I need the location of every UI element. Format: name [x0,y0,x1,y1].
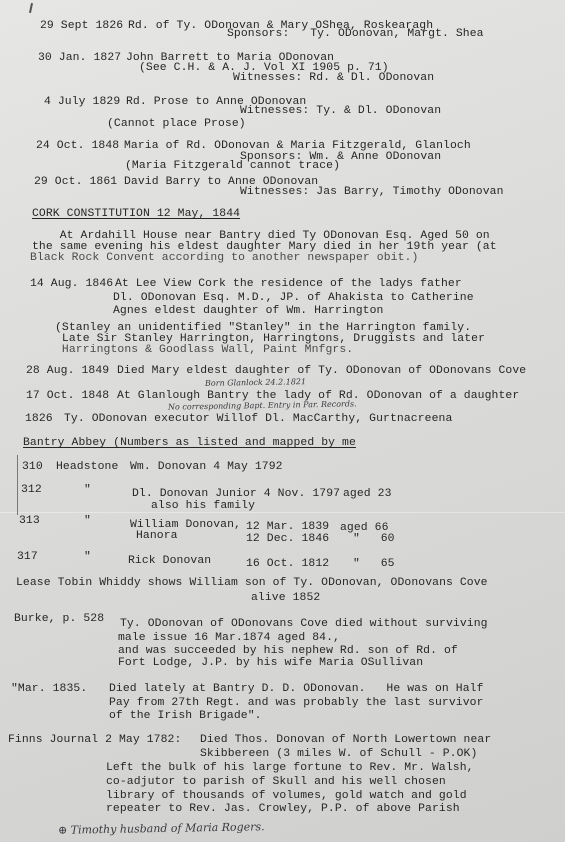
burke-line: male issue 16 Mar.1874 aged 84., [118,632,340,644]
grave-extra: also his family [151,500,255,512]
grave-name: Hanora [136,530,178,542]
entry-date: 4 July 1829 [44,96,120,108]
grave-name: Wm. Donovan 4 May 1792 [130,461,283,473]
stanley-note: Harringtons & Goodlass Wall, Paint Mnfgr… [55,344,353,356]
entry-date: 17 Oct. 1848 [26,390,109,402]
entry-date: 14 Aug. 1846 [30,278,113,290]
grave-aged: " 65 [353,558,395,570]
entry-date: 29 Sept 1826 [40,20,123,32]
finns-label: Finns Journal 2 May 1782: [8,734,181,746]
burke-line: Ty. ODonovan of ODonovans Cove died with… [120,618,488,630]
entry-sub: Witnesses: Jas Barry, Timothy ODonovan [240,186,504,198]
burke-line: and was succeeded by his nephew Rd. son … [118,645,458,657]
finns-line: Skibbereen (3 miles W. of Schull - P.OK) [200,748,477,760]
mar1835-line: Pay from 27th Regt. and was probably the… [109,697,484,709]
typed-document-page: 29 Sept 1826 Rd. of Ty. ODonovan & Mary … [0,0,565,842]
grave-name: Rick Donovan [128,555,211,567]
grave-aged: aged 23 [343,488,392,500]
entry-sub: Witnesses: Ty. & Dl. ODonovan [240,105,441,117]
grave-number: 317 [17,551,38,563]
entry-note: (Maria Fitzgerald cannot trace) [125,160,340,172]
lease-sub: alive 1852 [251,592,320,604]
entry-date: 28 Aug. 1849 [26,365,109,377]
grave-number: 313 [19,515,40,527]
grave-type: " [84,515,91,527]
mar1835-line: Died lately at Bantry D. D. ODonovan. He… [109,683,484,695]
burke-line: Fort Lodge, J.P. by his wife Maria OSull… [118,657,423,669]
finns-body: co-adjutor to parish of Skull and his we… [106,776,446,788]
finns-body: Left the bulk of his large fortune to Re… [106,762,474,774]
finns-line: Died Thos. Donovan of North Lowertown ne… [200,734,491,746]
grave-number: 310 [22,461,43,473]
paragraph-line: Black Rock Convent according to another … [30,252,418,264]
grave-type: Headstone [56,461,118,473]
entry-note: (Cannot place Prose) [107,118,246,130]
entry-text: At Lee View Cork the residence of the la… [115,278,462,290]
grave-aged: " 60 [353,533,395,545]
burke-label: Burke, p. 528 [14,613,104,625]
entry-text: Died Mary eldest daughter of Ty. ODonova… [117,365,526,377]
finns-body: library of thousands of volumes, gold wa… [106,790,467,802]
grave-name: Dl. Donovan Junior 4 Nov. 1797 [132,488,340,500]
entry-text: Ty. ODonovan executor Willof Dl. MacCart… [64,413,452,425]
handwritten-note: No corresponding Bapt. Entry in Par. Rec… [168,399,357,411]
grave-type: " [84,484,91,496]
bracket-mark [17,455,18,515]
grave-number: 312 [21,484,42,496]
lease-text: Lease Tobin Whiddy shows William son of … [16,577,488,589]
entry-text: Dl. ODonovan Esq. M.D., JP. of Ahakista … [113,292,474,304]
finns-body: repeater to Rev. Jas. Crowley, P.P. of a… [106,803,460,815]
entry-sub: Witnesses: Rd. & Dl. ODonovan [233,72,434,84]
grave-type: " [84,551,91,563]
mar1835-label: "Mar. 1835. [11,683,87,695]
handwritten-footnote: ⊕ Timothy husband of Maria Rogers. [58,820,265,837]
section-heading-bantry: Bantry Abbey (Numbers as listed and mapp… [23,437,356,449]
mar1835-line: of the Irish Brigade". [109,710,262,722]
handwritten-note: Born Glanlock 24.2.1821 [205,377,306,388]
entry-sub: Sponsors: Ty. ODonovan, Margt. Shea [227,28,484,40]
pen-mark [29,3,33,13]
entry-date: 24 Oct. 1848 [36,140,119,152]
grave-date: 16 Oct. 1812 [246,558,329,570]
entry-date: 29 Oct. 1861 [34,176,117,188]
entry-date: 1826 [25,413,53,425]
section-heading-cork: CORK CONSTITUTION 12 May, 1844 [32,208,240,220]
grave-date: 12 Mar. 1839 [246,521,329,533]
entry-text: Agnes eldest daughter of Wm. Harrington [113,305,383,317]
entry-date: 30 Jan. 1827 [38,52,121,64]
grave-date: 12 Dec. 1846 [246,533,329,545]
